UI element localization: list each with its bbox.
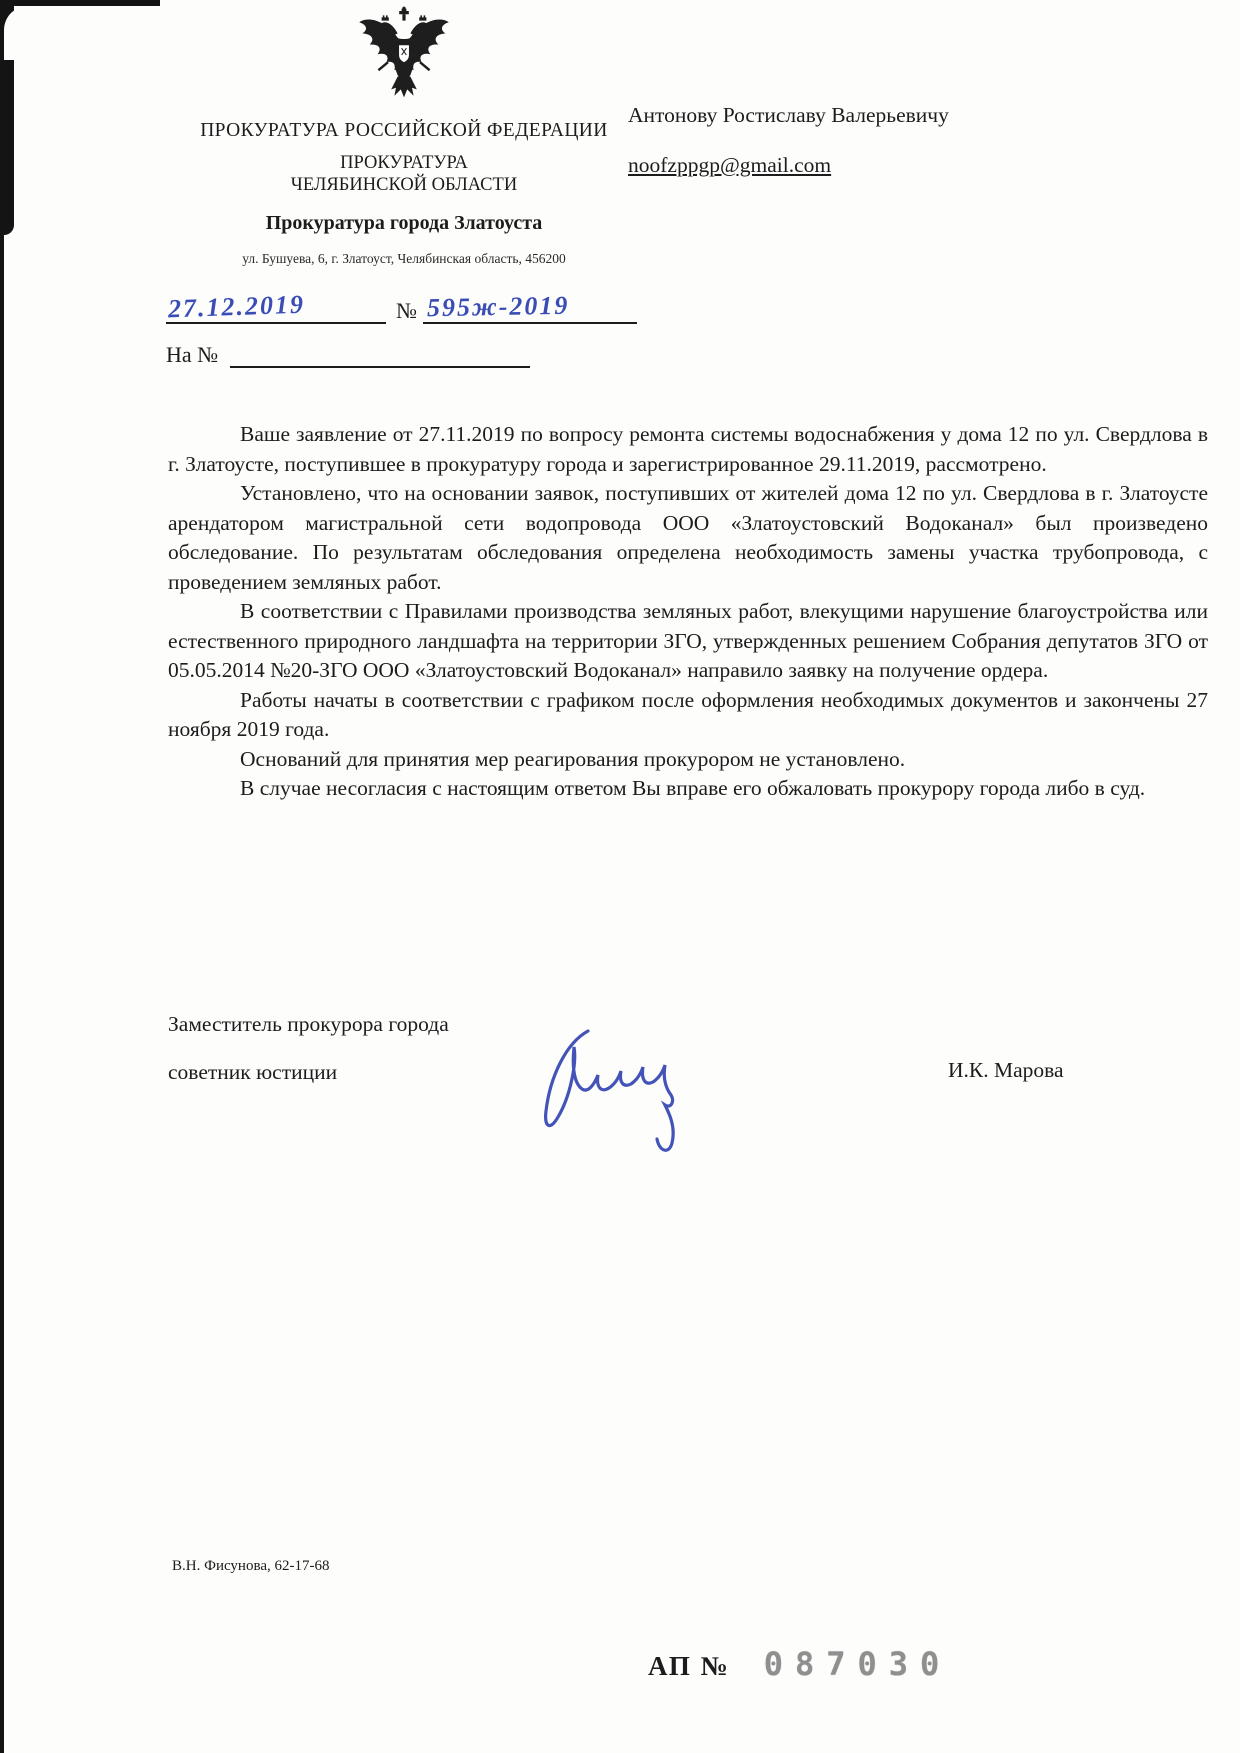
recipient-name: Антонову Ростиславу Валерьевичу (628, 102, 949, 130)
office-address: ул. Бушуева, 6, г. Златоуст, Челябинская… (168, 251, 640, 267)
paragraph: В соответствии с Правилами производства … (168, 597, 1208, 686)
signer-position-line2: советник юстиции (168, 1060, 337, 1085)
signer-position-line1: Заместитель прокурора города (168, 1012, 449, 1037)
executor-contact: В.Н. Фисунова, 62-17-68 (172, 1558, 330, 1575)
org-name-region-line1: ПРОКУРАТУРА (168, 152, 640, 174)
org-name-federation: ПРОКУРАТУРА РОССИЙСКОЙ ФЕДЕРАЦИИ (168, 120, 640, 142)
office-name: Прокуратура города Златоуста (168, 212, 640, 235)
outgoing-number-line: 595ж-2019 (423, 292, 637, 324)
org-name-region-line2: ЧЕЛЯБИНСКОЙ ОБЛАСТИ (168, 174, 640, 196)
number-sign-label: № (386, 298, 423, 324)
form-stamp: АП № 087030 (648, 1645, 951, 1683)
recipient-block: Антонову Ростиславу Валерьевичу noofzppg… (628, 102, 949, 180)
paragraph: Ваше заявление от 27.11.2019 по вопросу … (168, 420, 1208, 479)
handwritten-date: 27.12.2019 (168, 290, 306, 325)
letterhead: ПРОКУРАТУРА РОССИЙСКОЙ ФЕДЕРАЦИИ ПРОКУРА… (168, 6, 640, 267)
paragraph: Установлено, что на основании заявок, по… (168, 479, 1208, 597)
scan-page-corner (4, 6, 58, 60)
letter-body: Ваше заявление от 27.11.2019 по вопросу … (168, 420, 1208, 804)
signer-name: И.К. Марова (948, 1058, 1064, 1083)
scanned-letter-page: { "letterhead": { "org_line1": "ПРОКУРАТ… (0, 0, 1240, 1753)
recipient-email: noofzppgp@gmail.com (628, 152, 949, 180)
form-stamp-label: АП № (648, 1651, 730, 1682)
signature-scribble (470, 1015, 720, 1175)
scan-edge-top (0, 0, 160, 6)
paragraph: В случае несогласия с настоящим ответом … (168, 774, 1208, 804)
reply-to-blank-line (230, 340, 530, 368)
paragraph: Работы начаты в соответствии с графиком … (168, 686, 1208, 745)
form-stamp-number: 087030 (764, 1645, 952, 1683)
outgoing-date-line: 27.12.2019 (166, 292, 386, 324)
coat-of-arms-icon (356, 6, 452, 112)
reference-block: 27.12.2019 № 595ж-2019 На № (166, 292, 640, 368)
scan-edge-left (0, 0, 4, 1753)
handwritten-number: 595ж-2019 (427, 291, 570, 323)
reply-to-label: На № (166, 342, 230, 368)
paragraph: Оснований для принятия мер реагирования … (168, 745, 1208, 775)
